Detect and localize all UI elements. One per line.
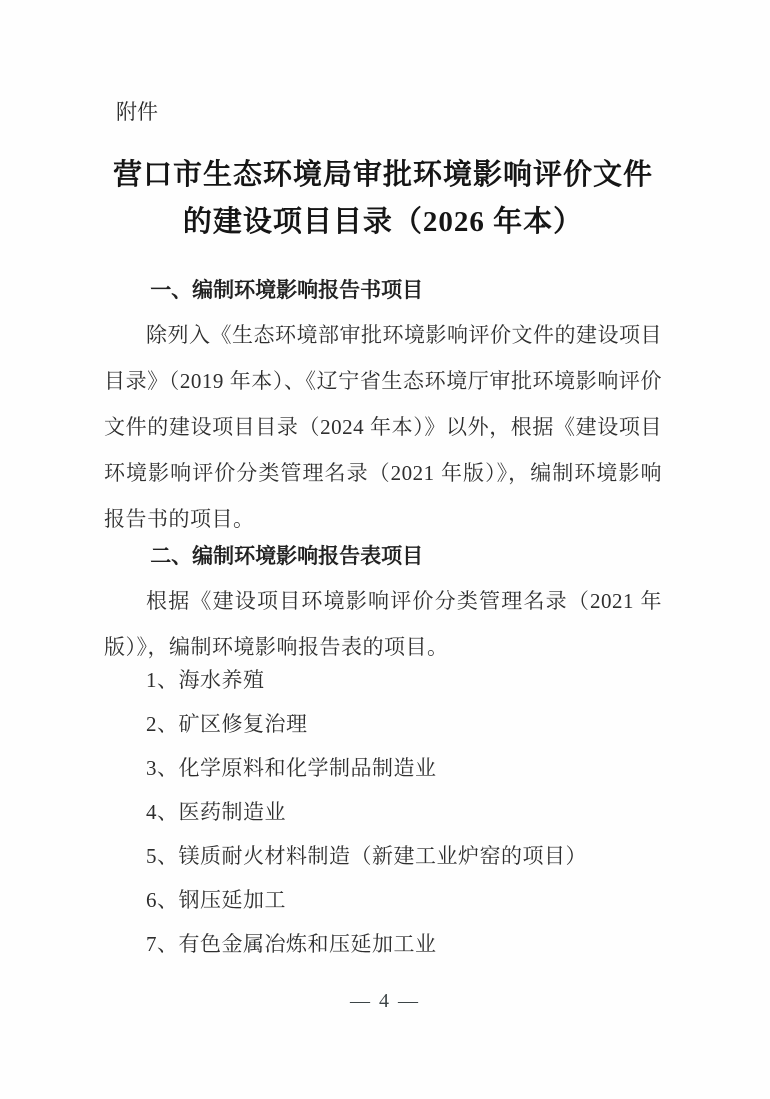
attachment-label: 附件 [116,100,662,126]
list-item-6: 6、钢压延加工 [104,878,662,922]
list-item-4: 4、医药制造业 [104,790,662,834]
project-category-list: 1、海水养殖 2、矿区修复治理 3、化学原料和化学制品制造业 4、医药制造业 5… [104,658,662,966]
page-number: — 4 — [0,990,770,1013]
document-content: 附件 营口市生态环境局审批环境影响评价文件 的建设项目目录（2026 年本） 一… [104,100,662,966]
section-2-paragraph: 根据《建设项目环境影响评价分类管理名录（2021 年版）》，编制环境影响报告表的… [104,578,662,670]
list-item-7: 7、有色金属冶炼和压延加工业 [104,922,662,966]
document-title: 营口市生态环境局审批环境影响评价文件 的建设项目目录（2026 年本） [104,152,662,246]
section-1-paragraph: 除列入《生态环境部审批环境影响评价文件的建设项目目录》（2019 年本）、《辽宁… [104,312,662,542]
document-title-line-2: 的建设项目目录（2026 年本） [104,199,662,246]
section-1-heading: 一、编制环境影响报告书项目 [104,276,662,306]
list-item-5: 5、镁质耐火材料制造（新建工业炉窑的项目） [104,834,662,878]
document-page: 附件 营口市生态环境局审批环境影响评价文件 的建设项目目录（2026 年本） 一… [0,0,770,1099]
list-item-2: 2、矿区修复治理 [104,702,662,746]
section-2-heading: 二、编制环境影响报告表项目 [104,542,662,572]
document-title-line-1: 营口市生态环境局审批环境影响评价文件 [104,152,662,199]
list-item-3: 3、化学原料和化学制品制造业 [104,746,662,790]
